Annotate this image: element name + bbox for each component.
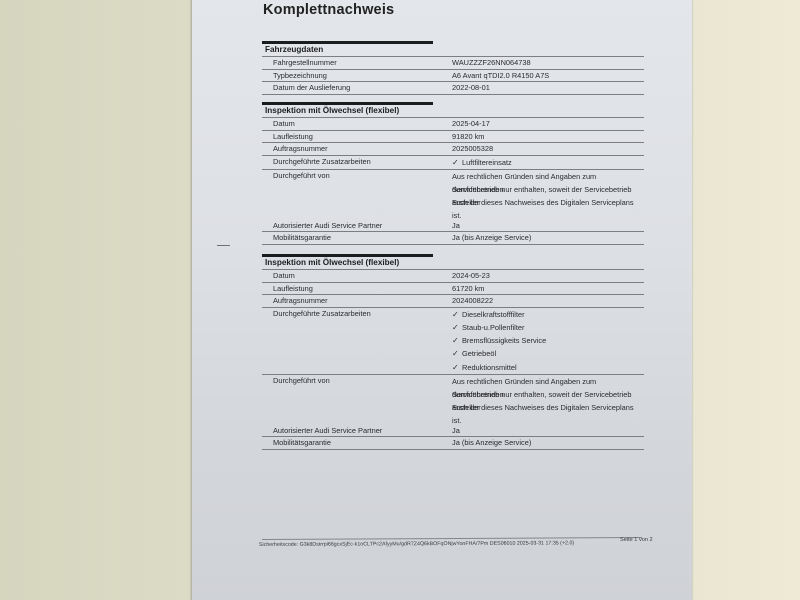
section-title: Inspektion mit Ölwechsel (flexibel)	[262, 105, 644, 118]
section-inspektion-2025: Inspektion mit Ölwechsel (flexibel) Datu…	[262, 102, 644, 245]
table-row: Auftragsnummer 2024008222	[262, 295, 644, 308]
section-fahrzeugdaten: Fahrzeugdaten Fahrgestellnummer WAUZZZF2…	[262, 41, 644, 95]
row-value: 2025005328	[452, 143, 644, 155]
table-row: Datum 2025-04-17	[262, 118, 644, 131]
section-inspektion-2024: Inspektion mit Ölwechsel (flexibel) Datu…	[262, 254, 644, 450]
check-item: ✓Luftfiltereinsatz	[452, 156, 644, 169]
section-title: Fahrzeugdaten	[262, 44, 644, 57]
margin-mark	[217, 245, 230, 246]
checkmark-icon: ✓	[452, 347, 462, 360]
row-label: Auftragsnummer	[262, 295, 452, 307]
check-item: ✓Dieselkraftstofffilter	[452, 308, 644, 321]
checkmark-icon: ✓	[452, 361, 462, 374]
row-label: Datum	[262, 118, 452, 130]
row-label: Mobilitätsgarantie	[262, 437, 452, 449]
table-row: Autorisierter Audi Service Partner Ja	[262, 220, 644, 233]
table-row: Mobilitätsgarantie Ja (bis Anzeige Servi…	[262, 437, 644, 450]
document-title: Komplettnachweis	[263, 2, 394, 18]
table-row: Autorisierter Audi Service Partner Ja	[262, 425, 644, 438]
row-label: Auftragsnummer	[262, 143, 452, 155]
row-value: Aus rechtlichen Gründen sind Angaben zum…	[452, 170, 644, 209]
table-row: Laufleistung 91820 km	[262, 131, 644, 144]
row-value: 2024008222	[452, 295, 644, 307]
check-item: ✓Staub-u.Pollenfilter	[452, 321, 644, 334]
row-label: Mobilitätsgarantie	[262, 232, 452, 244]
row-value: Aus rechtlichen Gründen sind Angaben zum…	[452, 375, 644, 414]
row-label: Typbezeichnung	[262, 70, 452, 82]
table-row: Durchgeführt von Aus rechtlichen Gründen…	[262, 375, 644, 414]
check-item: ✓Getriebeöl	[452, 347, 644, 360]
table-row: Laufleistung 61720 km	[262, 283, 644, 296]
row-value: 2024-05-23	[452, 270, 644, 282]
table-row: Durchgeführte Zusatzarbeiten ✓Dieselkraf…	[262, 308, 644, 375]
row-label: Durchgeführte Zusatzarbeiten	[262, 308, 452, 374]
row-label: Datum der Auslieferung	[262, 82, 452, 94]
row-label: Fahrgestellnummer	[262, 57, 452, 69]
row-value: WAUZZZF26NN064738	[452, 57, 644, 69]
row-value: 61720 km	[452, 283, 644, 295]
checkmark-icon: ✓	[452, 334, 462, 347]
table-row: Mobilitätsgarantie Ja (bis Anzeige Servi…	[262, 232, 644, 245]
row-value: 2025-04-17	[452, 118, 644, 130]
row-label: Autorisierter Audi Service Partner	[262, 425, 452, 437]
table-row: Durchgeführte Zusatzarbeiten ✓Luftfilter…	[262, 156, 644, 170]
page-number: Seite 1 von 2	[620, 537, 653, 543]
row-value: A6 Avant qTDI2.0 R4150 A7S	[452, 70, 644, 82]
row-value: Ja (bis Anzeige Service)	[452, 437, 644, 449]
table-row: Durchgeführt von Aus rechtlichen Gründen…	[262, 170, 644, 209]
check-item: ✓Reduktionsmittel	[452, 361, 644, 374]
table-row: Auftragsnummer 2025005328	[262, 143, 644, 156]
checkmark-icon: ✓	[452, 321, 462, 334]
row-value: ✓Luftfiltereinsatz	[452, 156, 644, 169]
row-value: Ja (bis Anzeige Service)	[452, 232, 644, 244]
row-value: ✓Dieselkraftstofffilter ✓Staub-u.Pollenf…	[452, 308, 644, 374]
row-value: 91820 km	[452, 131, 644, 143]
check-item: ✓Bremsflüssigkeits Service	[452, 334, 644, 347]
row-label: Autorisierter Audi Service Partner	[262, 220, 452, 232]
row-label: Laufleistung	[262, 283, 452, 295]
row-label: Laufleistung	[262, 131, 452, 143]
row-value: Ja	[452, 425, 644, 437]
row-value: Ja	[452, 220, 644, 232]
checkmark-icon: ✓	[452, 308, 462, 321]
table-row: Datum der Auslieferung 2022-08-01	[262, 82, 644, 95]
security-code: Sicherheitscode: G3k8Dstrrpi66gcxSjEc-k1…	[259, 540, 649, 548]
row-label: Datum	[262, 270, 452, 282]
row-label: Durchgeführt von	[262, 170, 452, 209]
checkmark-icon: ✓	[452, 156, 462, 169]
document-page: Komplettnachweis Fahrzeugdaten Fahrgeste…	[192, 0, 692, 600]
table-row: Datum 2024-05-23	[262, 270, 644, 283]
table-row: Fahrgestellnummer WAUZZZF26NN064738	[262, 57, 644, 70]
row-label: Durchgeführt von	[262, 375, 452, 414]
table-row: Typbezeichnung A6 Avant qTDI2.0 R4150 A7…	[262, 70, 644, 83]
section-title: Inspektion mit Ölwechsel (flexibel)	[262, 257, 644, 270]
row-label: Durchgeführte Zusatzarbeiten	[262, 156, 452, 169]
row-value: 2022-08-01	[452, 82, 644, 94]
